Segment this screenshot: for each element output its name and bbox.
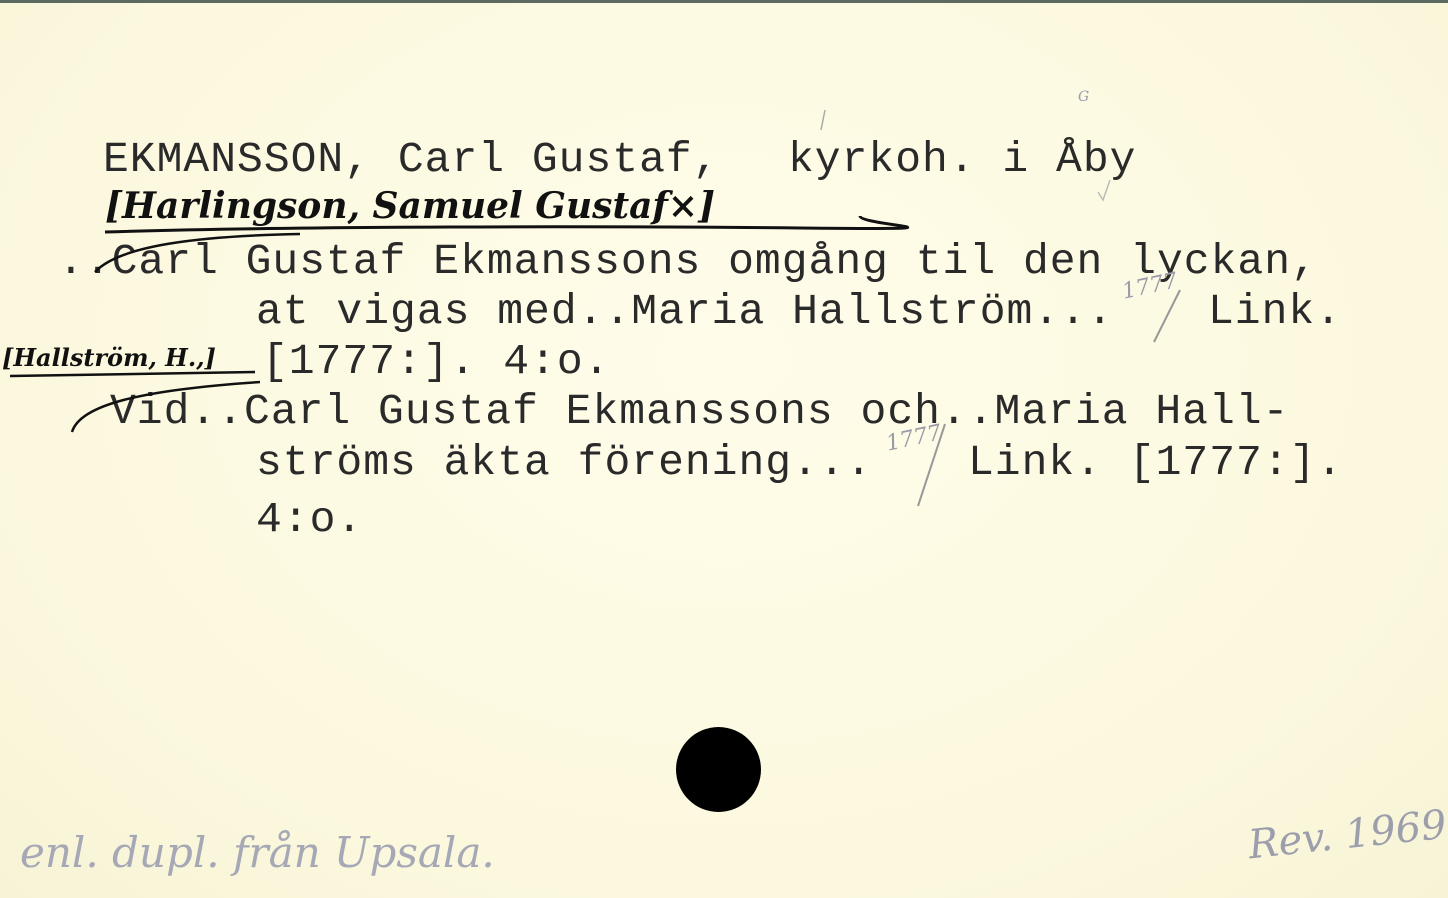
author-underline [10, 372, 255, 376]
entry-1-line-3: [1777:]. 4:o. [262, 340, 610, 383]
punch-hole [676, 727, 761, 812]
entry-2-place: Link. [1777:]. [968, 441, 1343, 484]
catalog-card: EKMANSSON, Carl Gustaf, kyrkoh. i Åby [H… [0, 0, 1448, 898]
card-top-edge [0, 0, 1448, 3]
entry-1-line-2: at vigas med..Maria Hallström... [256, 290, 1114, 333]
entry-2-line-3: 4:o. [256, 498, 363, 541]
pencil-slash-1 [1154, 290, 1180, 342]
pencil-tick [821, 110, 825, 130]
entry-2-line-2: ströms äkta förening... [256, 441, 873, 484]
entry-1-handwritten-author: [Hallström, H.,] [2, 346, 216, 370]
entry-1-place: Link. [1208, 290, 1342, 333]
handwritten-alias: [Harlingson, Samuel Gustaf×] [105, 188, 715, 224]
entry-1-line-1: ..Carl Gustaf Ekmanssons omgång til den … [58, 240, 1318, 283]
heading-title: kyrkoh. i Åby [788, 138, 1136, 181]
entry-2-line-1: Vid..Carl Gustaf Ekmanssons och..Maria H… [110, 390, 1289, 433]
heading-name: EKMANSSON, Carl Gustaf, [103, 138, 720, 181]
top-pencil-mark: G [1078, 90, 1089, 104]
footer-left-note: enl. dupl. från Upsala. [20, 832, 495, 874]
footer-right-note: Rev. 1969 [1246, 805, 1448, 866]
